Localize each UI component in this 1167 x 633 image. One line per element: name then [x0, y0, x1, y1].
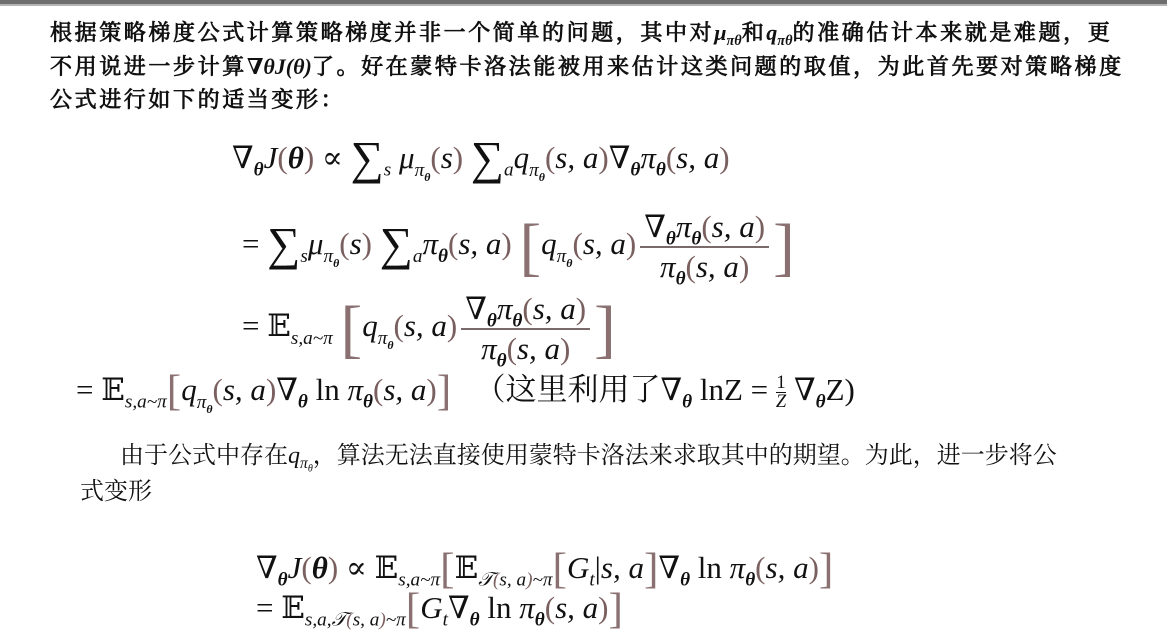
- explanation-text-a: 由于公式中存在: [80, 442, 288, 469]
- intro-paragraph: 根据策略梯度公式计算策略梯度并非一个简单的问题，其中对μπθ和qπθ的准确估计本…: [50, 16, 1130, 117]
- equation-line-1: ∇θJ(θ) ∝ ∑s μπθ(s) ∑aqπθ(s, a)∇θπθ(s, a): [232, 138, 730, 180]
- equation-line-6: = 𝔼s,a,𝒯(s, a)~π[Gt∇θ ln πθ(s, a)]: [256, 588, 623, 628]
- fraction: ∇θπθ(s, a)πθ(s, a): [640, 208, 769, 286]
- mu-symbol: μπθ: [714, 20, 741, 45]
- gradient-expression: ∇θJ(θ): [247, 54, 312, 79]
- intro-text-a: 根据策略梯度公式计算策略梯度并非一个简单的问题，其中对: [50, 20, 714, 46]
- q-symbol-inline: qπθ: [288, 443, 313, 469]
- and-text: 和: [742, 20, 767, 46]
- equation-line-4: = 𝔼s,a~π[qπθ(s, a)∇θ ln πθ(s, a)] （这里利用了…: [76, 370, 855, 411]
- q-symbol: qπθ: [766, 20, 792, 45]
- equation-line-5: ∇θJ(θ) ∝ 𝔼s,a~π[𝔼𝒯(s, a)~π[Gt|s, a]∇θ ln…: [256, 548, 833, 588]
- identity-note: （这里利用了: [474, 372, 660, 407]
- equation-line-3: = 𝔼s,a~π [qπθ(s, a)∇θπθ(s, a)πθ(s, a)]: [242, 290, 616, 368]
- explanation-paragraph: 由于公式中存在qπθ，算法无法直接使用蒙特卡洛法来求取其中的期望。为此，进一步将…: [80, 438, 1080, 510]
- fraction: ∇θπθ(s, a)πθ(s, a): [461, 290, 590, 368]
- equation-line-2: = ∑sμπθ(s) ∑aπθ(s, a) [qπθ(s, a)∇θπθ(s, …: [242, 208, 795, 286]
- window-top-border-shadow: [0, 4, 1167, 6]
